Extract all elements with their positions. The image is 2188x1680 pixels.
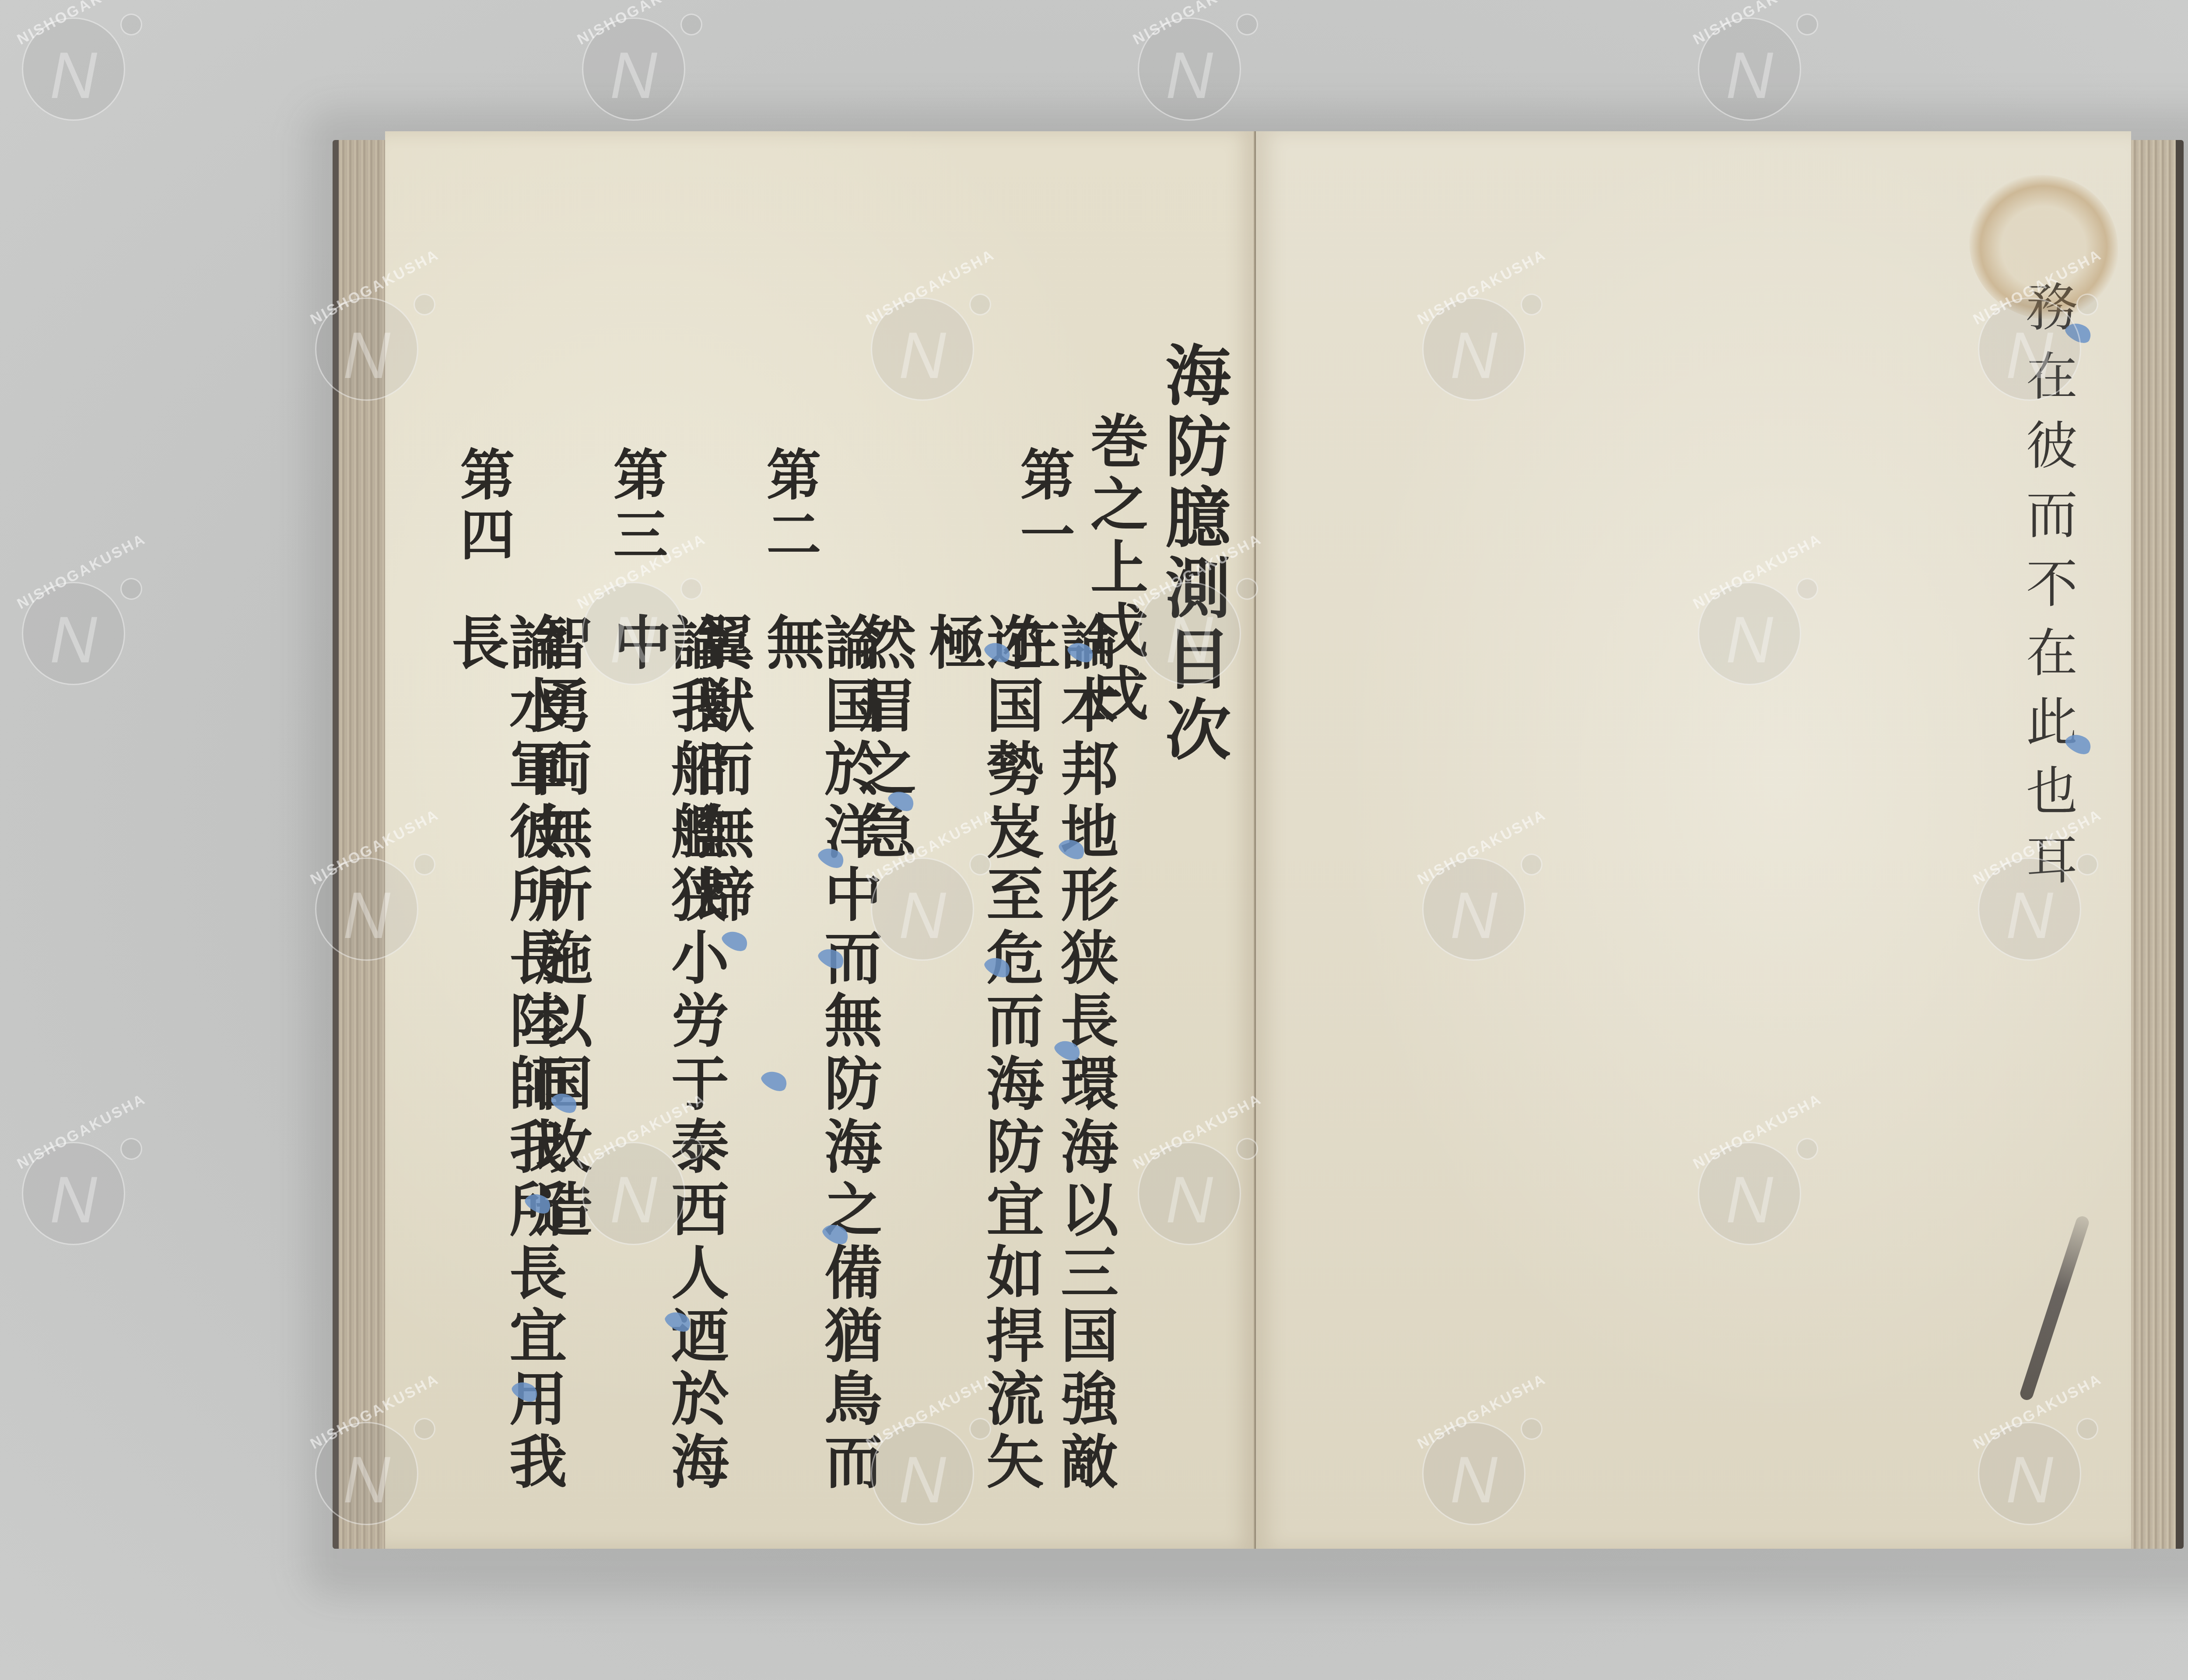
entry-2-label: 第二 [761,446,816,566]
open-book: 海防臆測目次 巻之上戊戌 第一 論本邦地形狭長環海以三国強敵在 迩国勢岌至危而海… [333,131,2184,1553]
entry-3-line-1: 論我船艦狭小労于泰西人迺於海中 [608,612,724,1549]
left-page: 海防臆測目次 巻之上戊戌 第一 論本邦地形狭長環海以三国強敵在 迩国勢岌至危而海… [385,131,1256,1549]
watermark-logo: NISHOGAKUSHAN [315,297,418,401]
watermark-logo: NISHOGAKUSHAN [582,582,685,685]
watermark-logo: NISHOGAKUSHAN [1978,297,2081,401]
entry-4-label: 第四 [455,446,510,566]
watermark-logo: NISHOGAKUSHAN [1422,857,1525,961]
watermark-logo: NISHOGAKUSHAN [1138,1142,1241,1245]
watermark-logo: NISHOGAKUSHAN [871,857,974,961]
watermark-logo: NISHOGAKUSHAN [1698,1142,1801,1245]
watermark-logo: NISHOGAKUSHAN [1978,1422,2081,1525]
watermark-logo: NISHOGAKUSHAN [22,17,125,121]
entry-4-line-1: 論水軍彼所長陸師我所長宜用我長 [446,612,562,1549]
watermark-logo: NISHOGAKUSHAN [1138,582,1241,685]
watermark-logo: NISHOGAKUSHAN [1422,1422,1525,1525]
watermark-logo: NISHOGAKUSHAN [582,17,685,121]
watermark-logo: NISHOGAKUSHAN [22,1142,125,1245]
watermark-logo: NISHOGAKUSHAN [582,1142,685,1245]
watermark-logo: NISHOGAKUSHAN [1138,17,1241,121]
watermark-logo: NISHOGAKUSHAN [871,1422,974,1525]
watermark-logo: NISHOGAKUSHAN [1422,297,1525,401]
watermark-logo: NISHOGAKUSHAN [871,297,974,401]
entry-1-label: 第一 [1015,446,1070,566]
watermark-logo: NISHOGAKUSHAN [1978,857,2081,961]
watermark-logo: NISHOGAKUSHAN [1698,582,1801,685]
watermark-logo: NISHOGAKUSHAN [22,582,125,685]
entry-3-label: 第三 [608,446,663,566]
watermark-logo: NISHOGAKUSHAN [315,857,418,961]
watermark-logo: NISHOGAKUSHAN [315,1422,418,1525]
right-fore-edge [2123,140,2184,1549]
watermark-logo: NISHOGAKUSHAN [1698,17,1801,121]
